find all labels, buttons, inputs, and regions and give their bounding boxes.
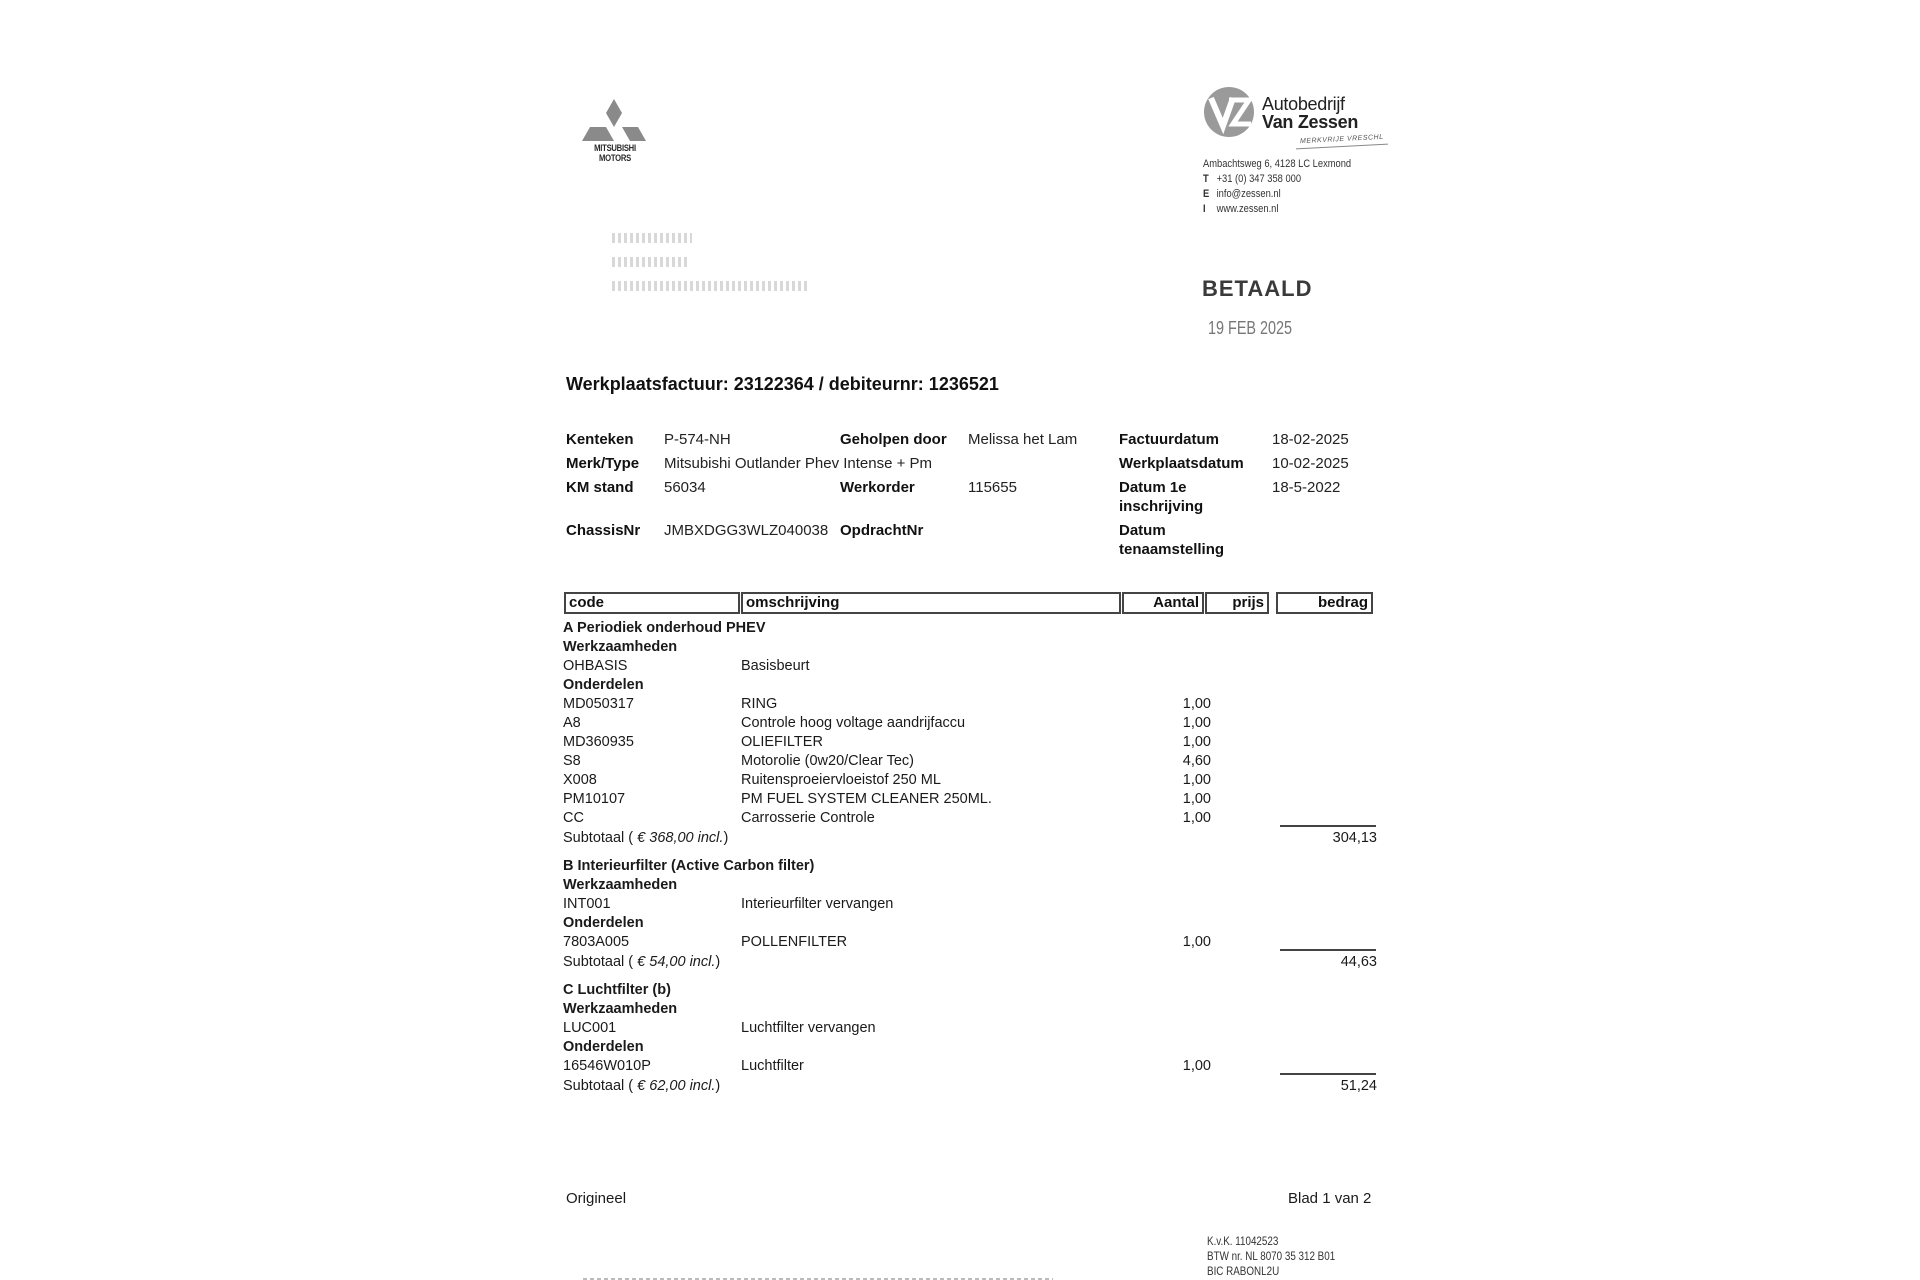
- label-factuurdatum: Factuurdatum: [1119, 430, 1219, 449]
- value-datum-1e-inschrijving: 18-5-2022: [1272, 478, 1340, 497]
- invoice-title: Werkplaatsfactuur: 23122364 / debiteurnr…: [566, 374, 999, 395]
- subtotal-rule: [1280, 1073, 1376, 1075]
- subtotal-label: Subtotaal ( € 368,00 incl.): [563, 829, 728, 848]
- label-chassisnr: ChassisNr: [566, 521, 640, 540]
- item-quantity: 1,00: [1183, 695, 1211, 714]
- item-quantity: 1,00: [1183, 790, 1211, 809]
- table-row: INT001Interieurfilter vervangen: [563, 895, 1377, 914]
- subtotal-row: Subtotaal ( € 368,00 incl.)304,13: [563, 829, 1377, 848]
- item-code: MD050317: [563, 695, 634, 714]
- subtotal-rule: [1280, 949, 1376, 951]
- redacted-address-line3: [612, 281, 807, 291]
- subtotal-label: Subtotaal ( € 54,00 incl.): [563, 953, 720, 972]
- item-code: MD360935: [563, 733, 634, 752]
- company-name-line2: Van Zessen: [1262, 112, 1358, 133]
- column-header-bedrag: bedrag: [1276, 592, 1373, 614]
- contact-phone: T+31 (0) 347 358 000: [1203, 173, 1301, 185]
- label-kenteken: Kenteken: [566, 430, 634, 449]
- subtotal-incl-vat: € 54,00 incl.: [637, 954, 715, 970]
- item-code: X008: [563, 771, 597, 790]
- subtotal-prefix: Subtotaal (: [563, 1078, 633, 1094]
- item-description: PM FUEL SYSTEM CLEANER 250ML.: [741, 790, 992, 809]
- item-description: Interieurfilter vervangen: [741, 895, 893, 914]
- item-code: LUC001: [563, 1019, 616, 1038]
- item-description: Carrosserie Controle: [741, 809, 875, 828]
- subtotal-incl-vat: € 368,00 incl.: [637, 830, 723, 846]
- section-title: B Interieurfilter (Active Carbon filter): [563, 857, 1377, 876]
- table-row: CCCarrosserie Controle1,00: [563, 809, 1377, 828]
- werkzaamheden-label: Werkzaamheden: [563, 638, 677, 657]
- subtotal-prefix: Subtotaal (: [563, 954, 633, 970]
- table-row: 7803A005POLLENFILTER1,00: [563, 933, 1377, 952]
- van-zessen-logo-icon: [1203, 86, 1255, 138]
- label-werkorder: Werkorder: [840, 478, 915, 497]
- item-code: S8: [563, 752, 581, 771]
- onderdelen-label: Onderdelen: [563, 676, 644, 695]
- subtotal-amount: 44,63: [1341, 953, 1377, 972]
- subsection-label: Onderdelen: [563, 676, 1377, 695]
- contact-value: +31 (0) 347 358 000: [1217, 173, 1301, 185]
- value-factuurdatum: 18-02-2025: [1272, 430, 1349, 449]
- table-row: S8Motorolie (0w20/Clear Tec)4,60: [563, 752, 1377, 771]
- item-quantity: 1,00: [1183, 733, 1211, 752]
- item-code: 7803A005: [563, 933, 629, 952]
- subtotal-incl-vat: € 62,00 incl.: [637, 1078, 715, 1094]
- item-quantity: 1,00: [1183, 809, 1211, 828]
- paid-stamp-date: 19 FEB 2025: [1208, 318, 1292, 339]
- paid-stamp: BETAALD: [1202, 276, 1312, 302]
- column-header-omschrijving: omschrijving: [741, 592, 1121, 614]
- table-row: X008Ruitensproeiervloeistof 250 ML1,00: [563, 771, 1377, 790]
- company-address: Ambachtsweg 6, 4128 LC Lexmond: [1203, 158, 1351, 170]
- section-title-text: A Periodiek onderhoud PHEV: [563, 619, 766, 638]
- onderdelen-label: Onderdelen: [563, 914, 644, 933]
- item-code: PM10107: [563, 790, 625, 809]
- value-km-stand: 56034: [664, 478, 706, 497]
- subsection-label: Onderdelen: [563, 1038, 1377, 1057]
- onderdelen-label: Onderdelen: [563, 1038, 644, 1057]
- label-geholpen-door: Geholpen door: [840, 430, 947, 449]
- table-row: LUC001Luchtfilter vervangen: [563, 1019, 1377, 1038]
- label-datum-tenaamstelling: Datum tenaamstelling: [1119, 521, 1239, 559]
- werkzaamheden-label: Werkzaamheden: [563, 876, 677, 895]
- value-werkplaatsdatum: 10-02-2025: [1272, 454, 1349, 473]
- item-code: 16546W010P: [563, 1057, 651, 1076]
- label-datum-1e-inschrijving: Datum 1e inschrijving: [1119, 478, 1239, 516]
- label-opdrachtnr: OpdrachtNr: [840, 521, 923, 540]
- subtotal-amount: 51,24: [1341, 1077, 1377, 1096]
- brand-text-line1: MITSUBISHI: [581, 143, 649, 153]
- contact-key: I: [1203, 203, 1217, 215]
- item-quantity: 1,00: [1183, 714, 1211, 733]
- subsection-label: Werkzaamheden: [563, 638, 1377, 657]
- brand-text-line2: MOTORS: [581, 153, 649, 163]
- subtotal-rule: [1280, 825, 1376, 827]
- item-description: POLLENFILTER: [741, 933, 847, 952]
- section-title: C Luchtfilter (b): [563, 981, 1377, 1000]
- contact-key: E: [1203, 188, 1217, 200]
- item-description: Luchtfilter vervangen: [741, 1019, 876, 1038]
- item-description: Motorolie (0w20/Clear Tec): [741, 752, 914, 771]
- item-code: INT001: [563, 895, 611, 914]
- label-merk-type: Merk/Type: [566, 454, 639, 473]
- subsection-label: Werkzaamheden: [563, 876, 1377, 895]
- item-description: Luchtfilter: [741, 1057, 804, 1076]
- redacted-address-line1: [612, 233, 692, 243]
- item-code: CC: [563, 809, 584, 828]
- werkzaamheden-label: Werkzaamheden: [563, 1000, 677, 1019]
- contact-value: info@zessen.nl: [1217, 188, 1281, 200]
- item-quantity: 1,00: [1183, 771, 1211, 790]
- item-quantity: 1,00: [1183, 933, 1211, 952]
- table-row: A8Controle hoog voltage aandrijfaccu1,00: [563, 714, 1377, 733]
- legal-bic: BIC RABONL2U: [1207, 1264, 1279, 1278]
- value-werkorder: 115655: [968, 478, 1017, 497]
- mitsubishi-logo-text: MITSUBISHI MOTORS: [581, 143, 649, 163]
- table-row: MD360935OLIEFILTER1,00: [563, 733, 1377, 752]
- section-title-text: B Interieurfilter (Active Carbon filter): [563, 857, 814, 876]
- column-header-aantal: Aantal: [1122, 592, 1204, 614]
- contact-website: Iwww.zessen.nl: [1203, 203, 1278, 215]
- column-header-code: code: [564, 592, 740, 614]
- legal-btw: BTW nr. NL 8070 35 312 B01: [1207, 1249, 1335, 1263]
- item-code: A8: [563, 714, 581, 733]
- item-description: Controle hoog voltage aandrijfaccu: [741, 714, 965, 733]
- table-row: MD050317RING1,00: [563, 695, 1377, 714]
- item-description: Basisbeurt: [741, 657, 810, 676]
- subtotal-row: Subtotaal ( € 54,00 incl.)44,63: [563, 953, 1377, 972]
- value-merk-type: Mitsubishi Outlander Phev Intense + Pm: [664, 454, 932, 473]
- contact-value: www.zessen.nl: [1217, 203, 1279, 215]
- item-quantity: 4,60: [1183, 752, 1211, 771]
- column-header-prijs: prijs: [1205, 592, 1269, 614]
- table-row: PM10107PM FUEL SYSTEM CLEANER 250ML.1,00: [563, 790, 1377, 809]
- legal-kvk: K.v.K. 11042523: [1207, 1234, 1278, 1248]
- value-geholpen-door: Melissa het Lam: [968, 430, 1077, 449]
- value-chassisnr: JMBXDGG3WLZ040038: [664, 521, 828, 540]
- section-title-text: C Luchtfilter (b): [563, 981, 671, 1000]
- table-row: OHBASISBasisbeurt: [563, 657, 1377, 676]
- subtotal-label: Subtotaal ( € 62,00 incl.): [563, 1077, 720, 1096]
- copy-label: Origineel: [566, 1190, 626, 1207]
- subtotal-prefix: Subtotaal (: [563, 830, 633, 846]
- label-km-stand: KM stand: [566, 478, 634, 497]
- contact-key: T: [1203, 173, 1217, 185]
- subtotal-row: Subtotaal ( € 62,00 incl.)51,24: [563, 1077, 1377, 1096]
- item-description: RING: [741, 695, 777, 714]
- section-title: A Periodiek onderhoud PHEV: [563, 619, 1377, 638]
- subsection-label: Werkzaamheden: [563, 1000, 1377, 1019]
- redacted-address-line2: [612, 257, 687, 267]
- contact-email: Einfo@zessen.nl: [1203, 188, 1281, 200]
- item-description: Ruitensproeiervloeistof 250 ML: [741, 771, 941, 790]
- page-indicator: Blad 1 van 2: [1288, 1190, 1371, 1207]
- item-quantity: 1,00: [1183, 1057, 1211, 1076]
- item-code: OHBASIS: [563, 657, 627, 676]
- value-kenteken: P-574-NH: [664, 430, 731, 449]
- table-row: 16546W010PLuchtfilter1,00: [563, 1057, 1377, 1076]
- subtotal-amount: 304,13: [1333, 829, 1377, 848]
- label-werkplaatsdatum: Werkplaatsdatum: [1119, 454, 1244, 473]
- subsection-label: Onderdelen: [563, 914, 1377, 933]
- item-description: OLIEFILTER: [741, 733, 823, 752]
